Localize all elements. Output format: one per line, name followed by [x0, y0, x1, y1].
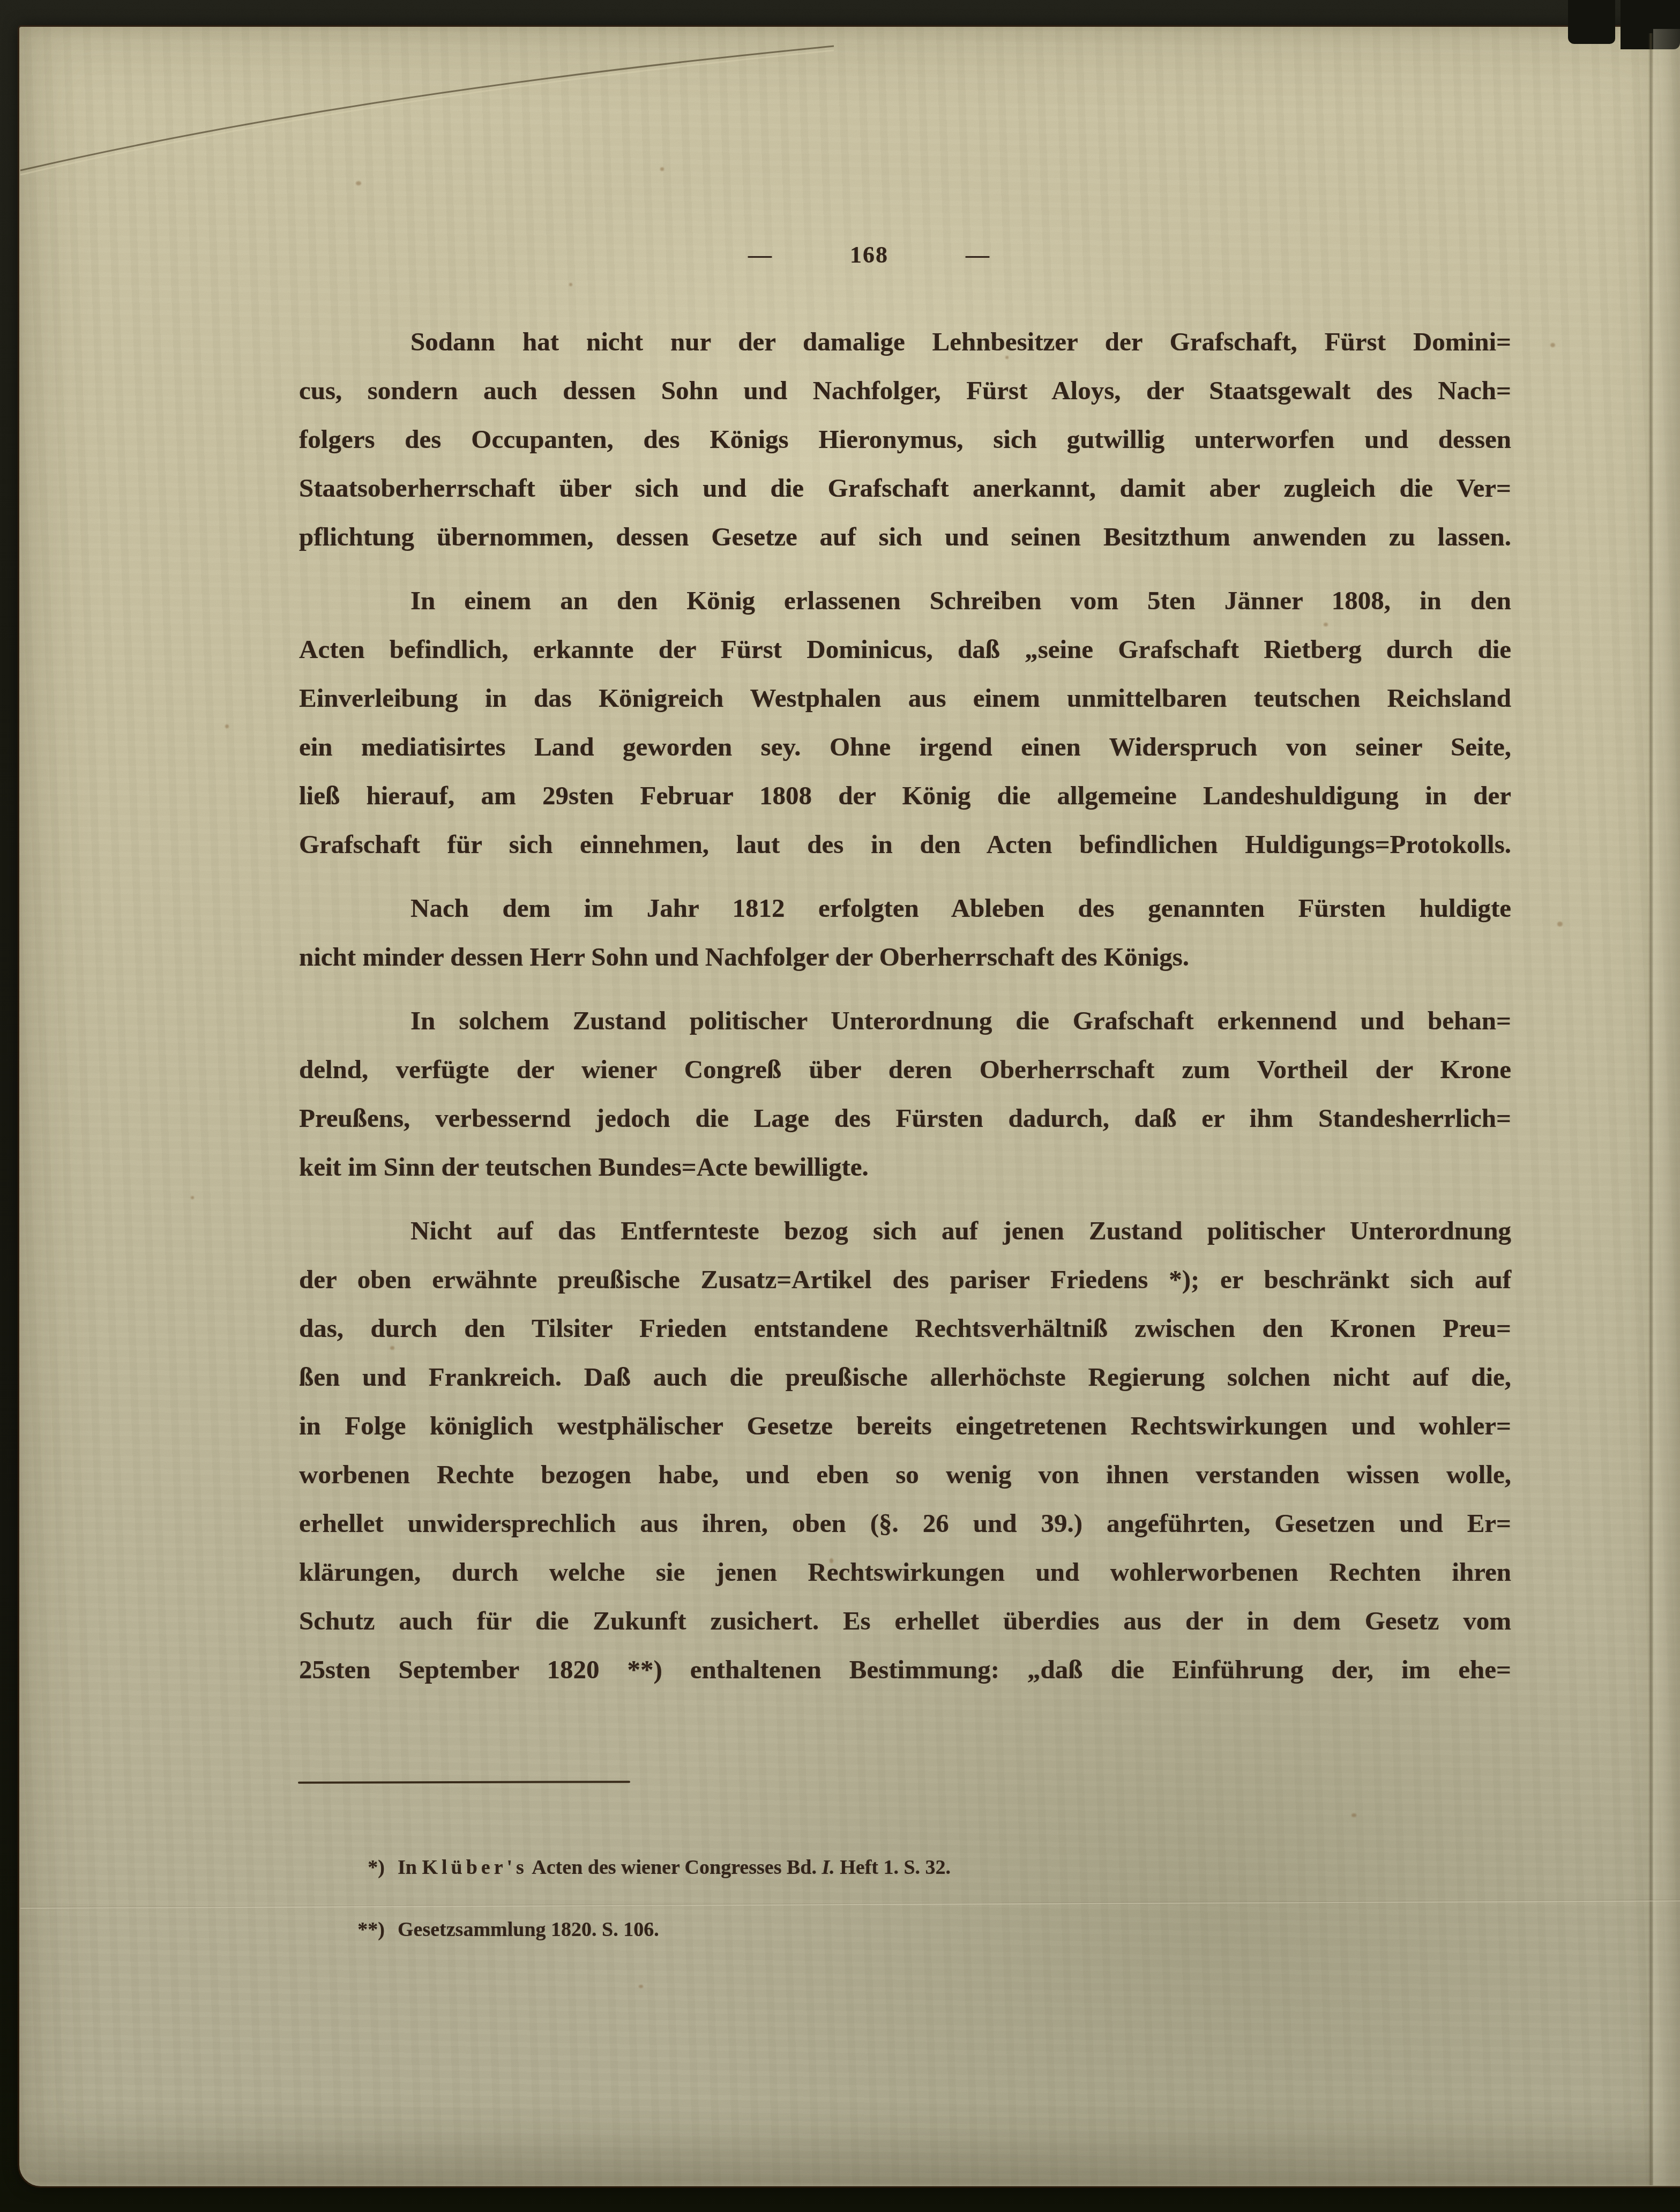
footnote-marker: *) [342, 1855, 385, 1880]
text-line: ein mediatisirtes Land geworden sey. Ohn… [299, 722, 1511, 771]
footnote-text: Gesetzsammlung 1820. S. 106. [398, 1917, 659, 1942]
text-line: das, durch den Tilsiter Frieden entstand… [299, 1304, 1511, 1352]
text-line: cus, sondern auch dessen Sohn und Nachfo… [299, 366, 1511, 415]
text-line: Sodann hat nicht nur der damalige Lehnbe… [299, 317, 1511, 366]
page-edge-fold [1648, 33, 1653, 2185]
paper-speck [569, 283, 572, 286]
text-line: Grafschaft für sich einnehmen, laut des … [299, 820, 1511, 869]
text-line: klärungen, durch welche sie jenen Rechts… [299, 1548, 1511, 1596]
body-text: Sodann hat nicht nur der damalige Lehnbe… [299, 317, 1511, 1694]
text-line: worbenen Rechte bezogen habe, und eben s… [299, 1450, 1511, 1499]
footnote-marker: **) [342, 1917, 385, 1942]
text-line: keit im Sinn der teutschen Bundes=Acte b… [299, 1142, 1511, 1191]
text-line: In einem an den König erlassenen Schreib… [299, 576, 1511, 625]
footnote-text-part: In [398, 1856, 417, 1879]
paper-speck [1557, 922, 1563, 926]
paper-speck [225, 724, 229, 728]
text-line: delnd, verfügte der wiener Congreß über … [299, 1045, 1511, 1094]
footnote-text-part: Heft 1. S. 32. [840, 1856, 951, 1879]
footnote-2: **) Gesetzsammlung 1820. S. 106. [342, 1917, 659, 1942]
page-number: 168 [850, 241, 888, 268]
paper-speck [191, 1196, 194, 1199]
text-line: Einverleibung in das Königreich Westphal… [299, 674, 1511, 722]
header-dash-right: — [966, 241, 990, 268]
paper-speck [1352, 1813, 1356, 1817]
scan-shadow-top-right-1 [1568, 0, 1615, 44]
page-edge-strip [1653, 29, 1680, 2185]
text-line: In solchem Zustand politischer Unterordn… [299, 996, 1511, 1045]
text-line: pflichtung übernommen, dessen Gesetze au… [299, 512, 1511, 561]
text-line: Nach dem im Jahr 1812 erfolgten Ableben … [299, 884, 1511, 932]
text-line: ßen und Frankreich. Daß auch die preußis… [299, 1352, 1511, 1401]
text-line: nicht minder dessen Herr Sohn und Nachfo… [299, 932, 1511, 981]
footnote-text: In Klüber's Acten des wiener Congresses … [398, 1855, 951, 1880]
scanned-book-page: — 168 — Sodann hat nicht nur der damalig… [0, 0, 1680, 2212]
footnote-text-part: Acten des wiener Congresses Bd. [532, 1856, 817, 1879]
paper-speck [356, 181, 361, 185]
text-line: Staatsoberherrschaft über sich und die G… [299, 464, 1511, 512]
paragraph-4: In solchem Zustand politischer Unterordn… [299, 996, 1511, 1191]
paragraph-2: In einem an den König erlassenen Schreib… [299, 576, 1511, 869]
text-line: folgers des Occupanten, des Königs Hiero… [299, 415, 1511, 464]
paper-speck [660, 167, 664, 171]
text-line: Acten befindlich, erkannte der Fürst Dom… [299, 625, 1511, 674]
paper-speck [1550, 343, 1555, 347]
text-line: Schutz auch für die Zukunft zusichert. E… [299, 1596, 1511, 1645]
footnote-volume: I. [822, 1856, 834, 1879]
paragraph-3: Nach dem im Jahr 1812 erfolgten Ableben … [299, 884, 1511, 981]
text-line: erhellet unwidersprechlich aus ihren, ob… [299, 1499, 1511, 1548]
header-dash-left: — [748, 241, 773, 268]
footnote-1: *) In Klüber's Acten des wiener Congress… [342, 1855, 951, 1880]
page-header: — 168 — [748, 236, 990, 273]
paragraph-1: Sodann hat nicht nur der damalige Lehnbe… [299, 317, 1511, 561]
text-line: Nicht auf das Entfernteste bezog sich au… [299, 1206, 1511, 1255]
text-line: der oben erwähnte preußische Zusatz=Arti… [299, 1255, 1511, 1304]
text-line: in Folge königlich westphälischer Gesetz… [299, 1401, 1511, 1450]
text-line: Preußens, verbessernd jedoch die Lage de… [299, 1094, 1511, 1142]
text-line: ließ hierauf, am 29sten Februar 1808 der… [299, 771, 1511, 820]
text-line: 25sten September 1820 **) enthaltenen Be… [299, 1645, 1511, 1694]
footnote-author: Klüber's [422, 1856, 527, 1879]
paragraph-5: Nicht auf das Entfernteste bezog sich au… [299, 1206, 1511, 1694]
paper-speck [639, 1985, 643, 1988]
